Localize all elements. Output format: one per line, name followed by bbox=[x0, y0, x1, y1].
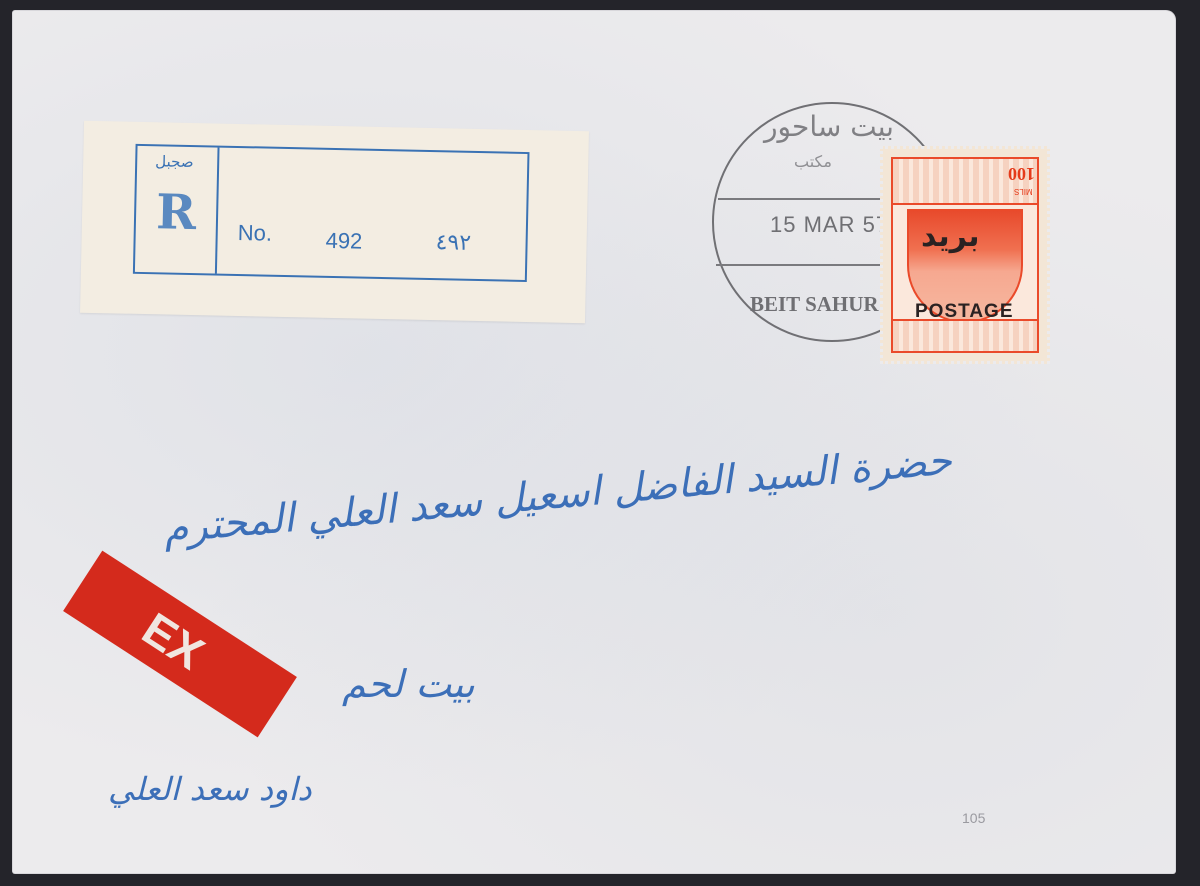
registration-divider bbox=[215, 148, 220, 274]
stamp-bottom-panel bbox=[893, 319, 1037, 351]
registration-number: 492 bbox=[325, 228, 362, 255]
stamp-unit: MILS bbox=[1014, 187, 1033, 196]
registration-letter: R bbox=[156, 184, 197, 241]
postmark-town: BEIT SAHUR bbox=[750, 292, 879, 317]
sender-name: داود سعد العلي bbox=[108, 770, 312, 808]
envelope: صجبل R No. 492 ٤٩٢ بيت ساحور مكتب 15 MAR… bbox=[12, 10, 1176, 874]
postmark-arabic-sub: مكتب bbox=[794, 152, 832, 171]
registration-label: صجبل R No. 492 ٤٩٢ bbox=[80, 121, 589, 324]
postmark-arabic-town: بيت ساحور bbox=[744, 110, 914, 143]
express-label: EX bbox=[63, 551, 297, 738]
stamp-value: 100 bbox=[1008, 163, 1035, 184]
postmark-date: 15 MAR 57 bbox=[770, 212, 889, 238]
address-line-1: حضرة السيد الفاضل اسعيل سعد العلي المحتر… bbox=[162, 438, 954, 553]
registration-box: صجبل R No. 492 ٤٩٢ bbox=[133, 144, 530, 282]
address-line-2: بيت لحم bbox=[342, 662, 475, 706]
stamp-overprint-arabic: بريد bbox=[921, 219, 980, 254]
registration-number-arabic: ٤٩٢ bbox=[435, 230, 471, 256]
postage-stamp: 100 MILS بريد POSTAGE bbox=[880, 146, 1050, 364]
stamp-top-panel: 100 MILS bbox=[893, 159, 1037, 205]
pencil-note: 105 bbox=[962, 810, 985, 826]
express-label-text: EX bbox=[133, 601, 214, 680]
registration-office-arabic: صجبل bbox=[155, 152, 194, 171]
stamp-frame: 100 MILS بريد POSTAGE bbox=[891, 157, 1039, 353]
registration-no-label: No. bbox=[237, 220, 272, 247]
